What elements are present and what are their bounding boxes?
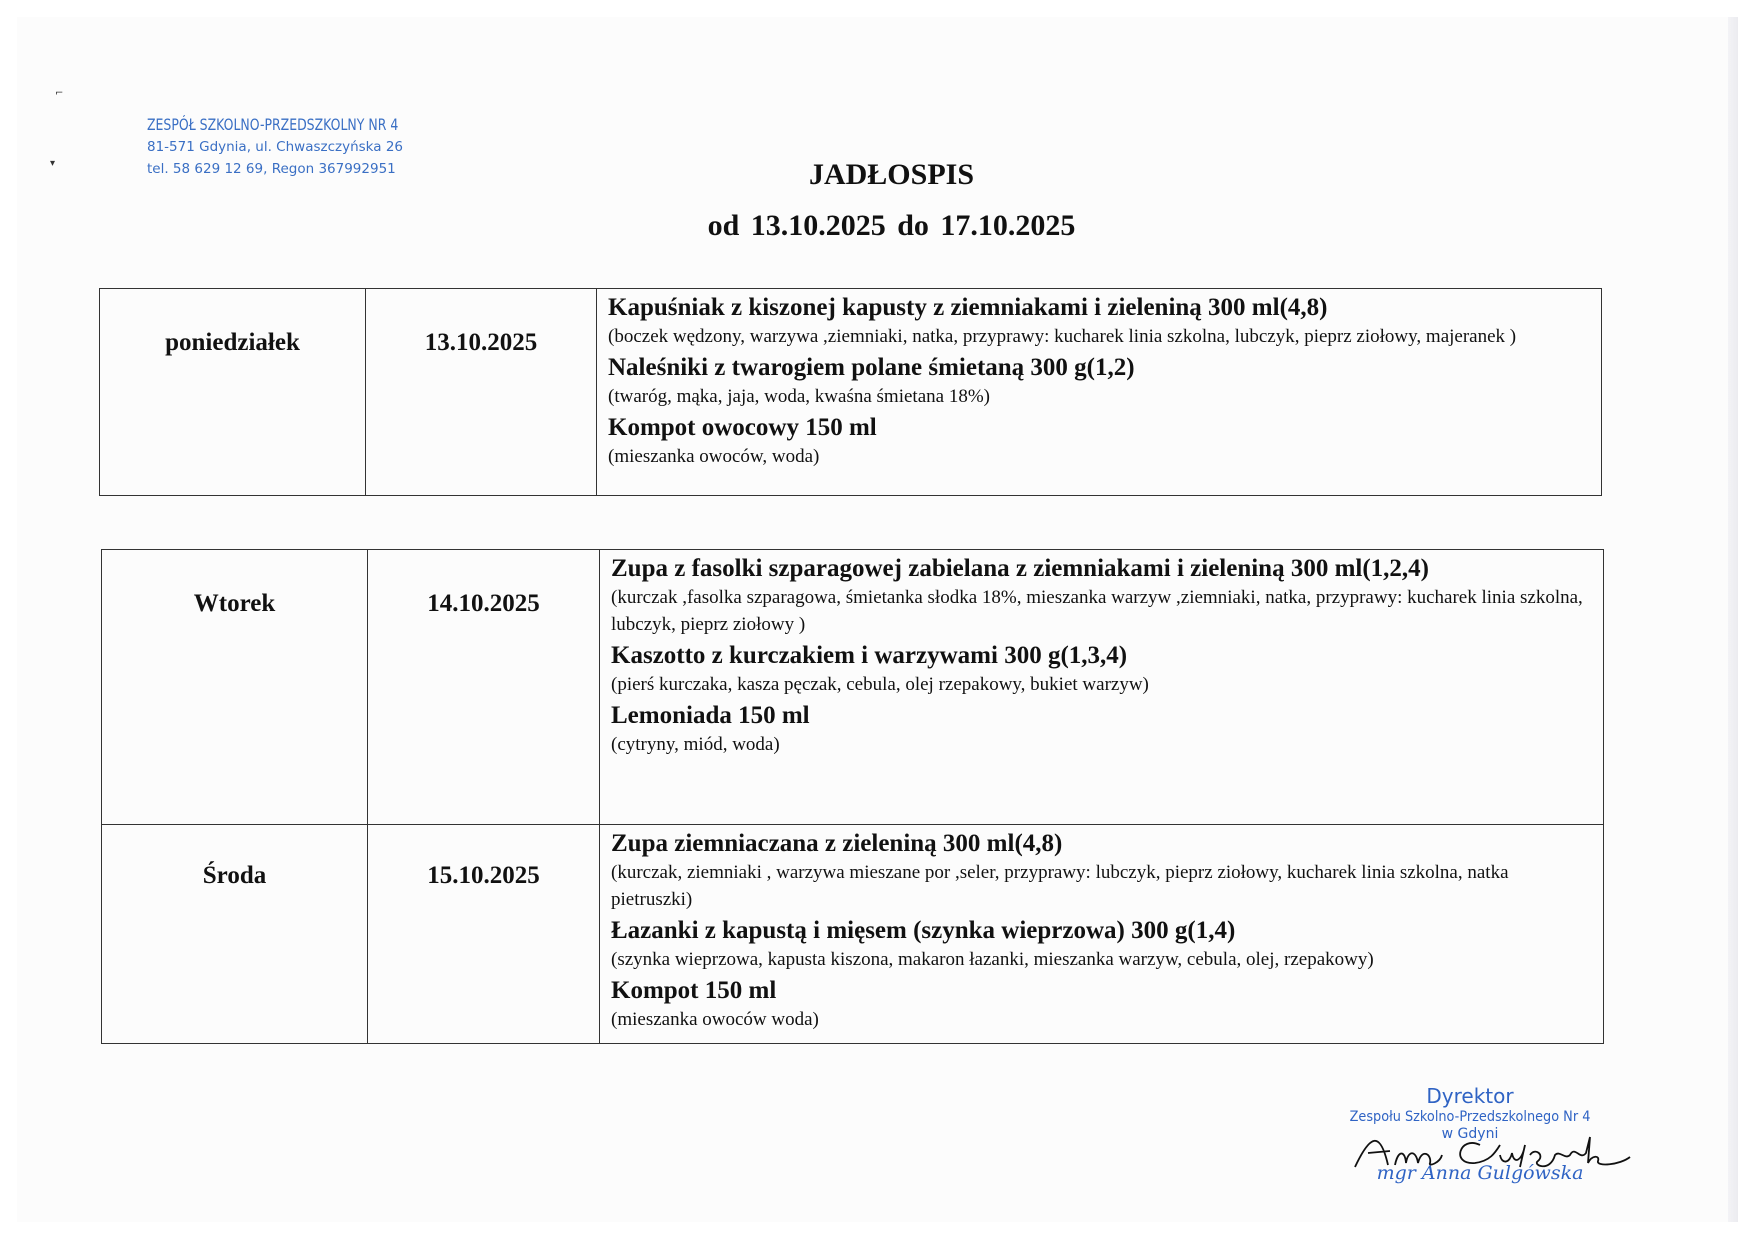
date-cell: 15.10.2025 [368, 825, 600, 1044]
scan-artifact: ⌐ [55, 88, 63, 99]
day-cell: Wtorek [102, 550, 368, 825]
day-cell: poniedziałek [100, 289, 366, 496]
dish-ingredients: (szynka wieprzowa, kapusta kiszona, maka… [611, 946, 1593, 973]
dishes-cell: Kapuśniak z kiszonej kapusty z ziemniaka… [597, 289, 1602, 496]
day-label: poniedziałek [100, 289, 365, 357]
school-address: 81-571 Gdynia, ul. Chwaszczyńska 26 [147, 136, 469, 158]
date-cell: 14.10.2025 [368, 550, 600, 825]
table-row: Środa 15.10.2025 Zupa ziemniaczana z zie… [102, 825, 1604, 1044]
date-label: 14.10.2025 [368, 550, 599, 618]
dish-name: Kapuśniak z kiszonej kapusty z ziemniaka… [608, 293, 1591, 323]
dish-ingredients: (kurczak, ziemniaki , warzywa mieszane p… [611, 859, 1593, 913]
dish-name: Zupa ziemniaczana z zieleniną 300 ml(4,8… [611, 829, 1593, 859]
dish-ingredients: (boczek wędzony, warzywa ,ziemniaki, nat… [608, 323, 1591, 350]
menu-header: JADŁOSPIS od 13.10.2025 do 17.10.2025 [0, 158, 1753, 243]
menu-table-monday: poniedziałek 13.10.2025 Kapuśniak z kisz… [99, 288, 1602, 496]
date-label: 15.10.2025 [368, 825, 599, 890]
dish-ingredients: (twaróg, mąka, jaja, woda, kwaśna śmieta… [608, 383, 1591, 410]
date-range: od 13.10.2025 do 17.10.2025 [30, 209, 1753, 243]
day-cell: Środa [102, 825, 368, 1044]
dish-name: Kaszotto z kurczakiem i warzywami 300 g(… [611, 641, 1593, 671]
dish-ingredients: (cytryny, miód, woda) [611, 731, 1593, 758]
school-name: ZESPÓŁ SZKOLNO-PRZEDSZKOLNY NR 4 [147, 114, 398, 136]
dish-ingredients: (pierś kurczaka, kasza pęczak, cebula, o… [611, 671, 1593, 698]
dish-name: Naleśniki z twarogiem polane śmietaną 30… [608, 353, 1591, 383]
dish-ingredients: (mieszanka owoców, woda) [608, 443, 1591, 470]
dish-name: Łazanki z kapustą i mięsem (szynka wiepr… [611, 916, 1593, 946]
menu-table-tue-wed: Wtorek 14.10.2025 Zupa z fasolki szparag… [101, 549, 1604, 1044]
dish-name: Lemoniada 150 ml [611, 701, 1593, 731]
handwritten-signature-icon [1350, 1125, 1640, 1175]
dishes-cell: Zupa z fasolki szparagowej zabielana z z… [600, 550, 1604, 825]
dish-ingredients: (mieszanka owoców woda) [611, 1006, 1593, 1033]
director-organization: Zespołu Szkolno-Przedszkolnego Nr 4 [1314, 1108, 1627, 1126]
date-label: 13.10.2025 [366, 289, 596, 357]
dish-name: Kompot 150 ml [611, 976, 1593, 1006]
dish-name: Zupa z fasolki szparagowej zabielana z z… [611, 554, 1593, 584]
dish-name: Kompot owocowy 150 ml [608, 413, 1591, 443]
date-cell: 13.10.2025 [366, 289, 597, 496]
dishes-cell: Zupa ziemniaczana z zieleniną 300 ml(4,8… [600, 825, 1604, 1044]
day-label: Wtorek [102, 550, 367, 618]
table-row: Wtorek 14.10.2025 Zupa z fasolki szparag… [102, 550, 1604, 825]
day-label: Środa [102, 825, 367, 890]
dish-ingredients: (kurczak ,fasolka szparagowa, śmietanka … [611, 584, 1593, 638]
table-row: poniedziałek 13.10.2025 Kapuśniak z kisz… [100, 289, 1602, 496]
director-role: Dyrektor [1300, 1084, 1640, 1108]
page-title: JADŁOSPIS [30, 158, 1753, 192]
